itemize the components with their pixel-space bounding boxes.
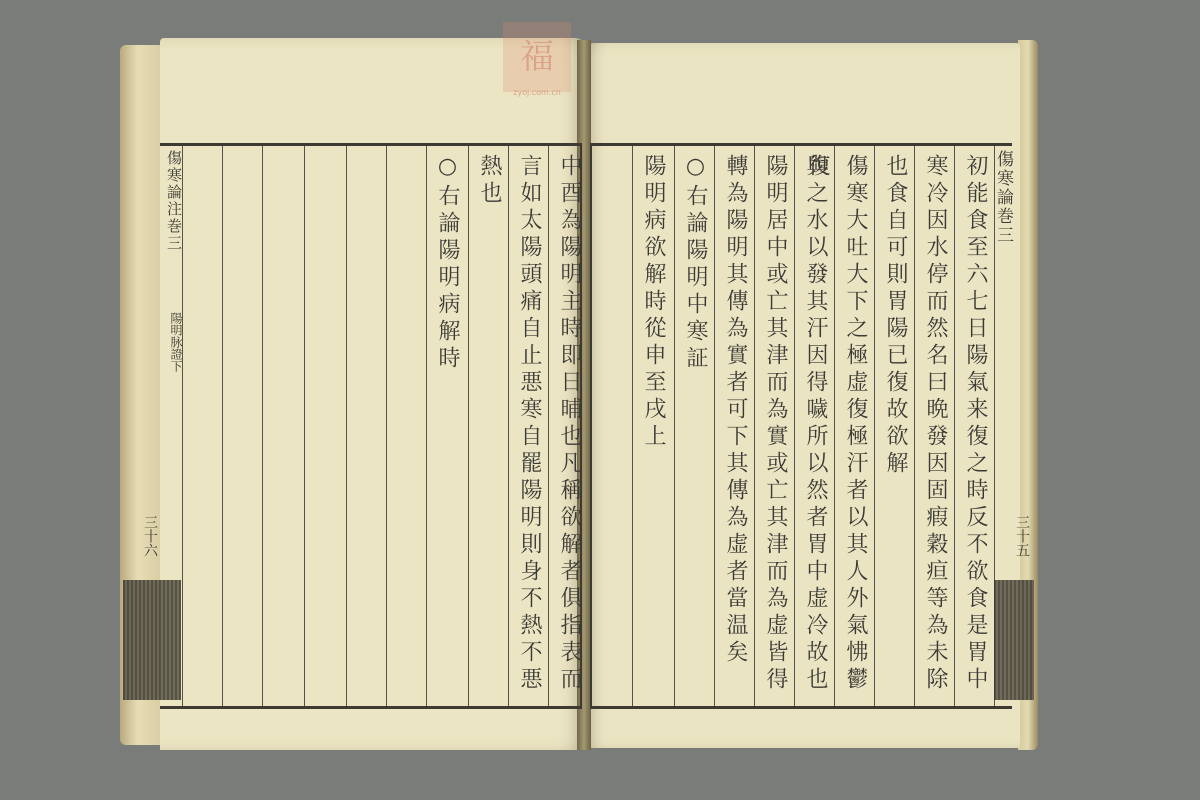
text-column: 傷寒大吐大下之極虚復極汗者以其人外氣怫鬱復	[836, 154, 874, 706]
right-page-text-frame: 初能食至六七日陽氣来復之時反不欲食是胃中 寒冷因水停而然名曰晩發因固瘕穀疸等為未…	[590, 143, 1012, 709]
text-column: ○右論陽明病解時	[428, 154, 466, 373]
text-column: 與之水以發其汗因得噦所以然者胃中虚冷故也	[796, 154, 834, 694]
watermark-caption: zyoj.com.cn	[503, 88, 571, 97]
left-folio-number: 三十六	[140, 515, 160, 557]
text-column: 也食自可則胃陽已復故欲解	[876, 154, 914, 478]
left-hanshin-title: 傷寒論注巻三	[163, 150, 185, 252]
text-column: 熱也	[470, 154, 508, 208]
right-hanshin-title: 傷寒論巻三	[994, 150, 1016, 245]
left-edge-ink-band	[123, 580, 181, 700]
text-column: 陽明居中或亡其津而為實或亡其津而為虚皆得	[756, 154, 794, 694]
open-book-photo: 福 zyoj.com.cn 中酉為陽明主時即日晡也凡稱欲解者俱指表而 言如太陽頭…	[0, 0, 1200, 800]
text-column: 陽明病欲解時從申至戌上	[634, 154, 672, 451]
right-edge-ink-band	[994, 580, 1034, 700]
text-column: ○右論陽明中寒証	[676, 154, 714, 373]
text-column: 寒冷因水停而然名曰晩發因固瘕穀疸等為未除	[916, 154, 954, 694]
text-column: 中酉為陽明主時即日晡也凡稱欲解者俱指表而	[550, 154, 588, 694]
left-page-text-frame: 中酉為陽明主時即日晡也凡稱欲解者俱指表而 言如太陽頭痛自止悪寒自罷陽明則身不熱不…	[160, 143, 582, 709]
watermark-stamp: 福	[503, 22, 571, 92]
right-folio-number: 三十五	[1012, 515, 1032, 557]
left-hanshin-section: 陽明脉證下	[163, 312, 185, 372]
text-column: 初能食至六七日陽氣来復之時反不欲食是胃中	[956, 154, 994, 694]
text-column: 轉為陽明其傳為實者可下其傳為虚者當温矣	[716, 154, 754, 667]
text-column: 言如太陽頭痛自止悪寒自罷陽明則身不熱不悪	[510, 154, 548, 694]
